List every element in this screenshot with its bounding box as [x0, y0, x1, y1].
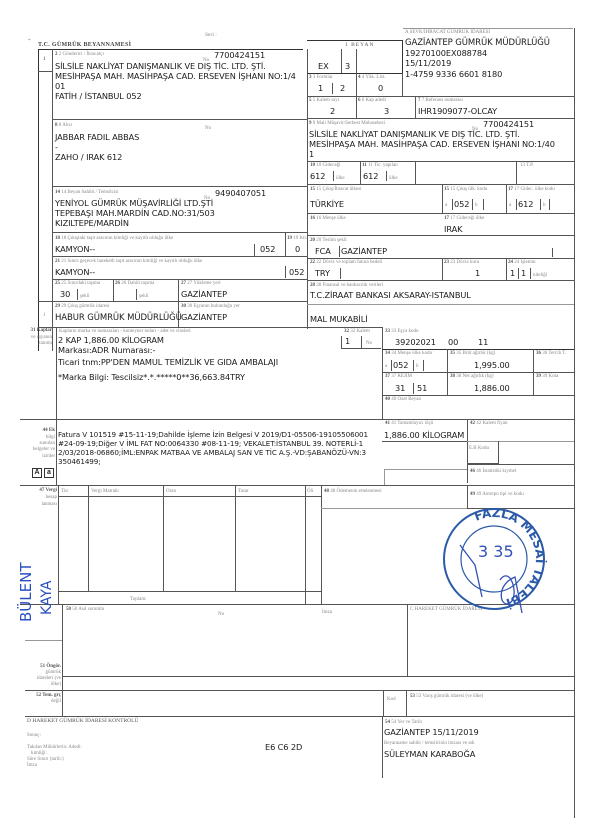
- box8-line1: JABBAR FADIL ABBAS: [55, 133, 139, 143]
- box20-label: 20 20 Teslim şekli: [310, 238, 347, 243]
- box46-label: 46 46 İstatistiki kıymet: [470, 469, 516, 474]
- box3-label: 3 3 Formlar: [309, 75, 333, 80]
- box27-label: 27 27 Yükleme yeri: [181, 281, 221, 286]
- tax-total-label: Toplam:: [130, 597, 147, 602]
- box33-v1: 39202021: [395, 338, 436, 348]
- box53-label: 53 53 Varış gümrük idaresi (ve ülke): [410, 694, 483, 699]
- box31-label: Kapların marka ve numaraları - konteyner…: [59, 329, 191, 334]
- box8-no-label: No: [205, 126, 211, 131]
- box14-label: 14 14 Beyan Sahibi / Temsilcisi: [55, 190, 119, 195]
- box18-label: 18 18 Çıkıştaki taşıt aracının kimliği v…: [55, 236, 173, 241]
- box1-label: 1 BEYAN: [345, 43, 374, 49]
- box51-label-4: ülke): [24, 682, 61, 687]
- box44-line4: 350461499;: [58, 458, 101, 467]
- box15-value: TÜRKİYE: [310, 200, 344, 210]
- box2-no: 7700424151: [214, 51, 265, 61]
- box9-label: 9 9 Mali Müşavir/Serbest Muhasebeci: [309, 121, 385, 126]
- form-title: T.C. GÜMRÜK BEYANNAMESİ: [38, 42, 131, 48]
- box18-code: 052: [260, 245, 275, 255]
- box34-b-label: b: [416, 364, 419, 369]
- box44-check-a-lower: a: [44, 468, 54, 478]
- box47-side-label-2: hesap: [18, 495, 57, 500]
- box52-kod-label: Kod: [387, 697, 396, 702]
- declaration-date: 15/11/2019: [405, 59, 451, 69]
- box34-label: 34 34 Menşe ülke kodu: [385, 351, 432, 356]
- box31-line2: Markası:ADR Numarası:-: [58, 346, 155, 356]
- box8-line3: ZAHO / IRAK 612: [55, 153, 122, 163]
- box50-no-label: No: [218, 612, 224, 617]
- section-d-line3: Süre Sınırı (tarih:): [27, 757, 64, 762]
- box21-value: KAMYON--: [55, 268, 95, 278]
- box24-a: 1: [510, 269, 515, 279]
- box25-suffix: şekli: [80, 294, 89, 299]
- box7-value: IHR1909077-OLCAY: [418, 107, 497, 117]
- box37-label: 37 37 REJİM: [385, 374, 412, 379]
- box6-value: 3: [384, 107, 389, 117]
- svg-text:BÜLENT: BÜLENT: [16, 562, 35, 622]
- box13-label: 13 T.P.: [520, 163, 534, 168]
- box21-code: 052: [289, 268, 304, 278]
- box15a-a: 052: [454, 200, 469, 210]
- box29-copy: 1: [43, 313, 46, 318]
- box39-label: 39 39 Kota: [536, 374, 558, 379]
- box7-label: 7 7 Referans numarası: [418, 98, 463, 103]
- svg-text:3 35: 3 35: [478, 542, 514, 561]
- box17a-a-label: a: [509, 203, 511, 208]
- svg-text:KAYA: KAYA: [39, 580, 55, 615]
- box26-label: 26 26 Dahili taşıma: [115, 281, 154, 286]
- box32-label: 32 32 Kalem: [344, 329, 370, 334]
- tax-col-rate: Oran: [166, 489, 176, 494]
- box22-label: 22 22 Döviz ve toplam fatura bedeli: [310, 260, 382, 265]
- box31-side-label-2: ve eşyanın: [22, 335, 52, 340]
- box17-label: 17 17 Gideceği ülke: [444, 216, 484, 221]
- box44-side-label-5: izinler: [18, 454, 55, 459]
- handwritten-name: BÜLENT KAYA: [15, 530, 65, 625]
- box23-label: 23 23 Döviz kuru: [444, 260, 479, 265]
- box38-value: 1,886.00: [474, 384, 510, 394]
- box20-v1: FCA: [315, 247, 331, 257]
- tax-col-os: ÖS: [307, 489, 313, 494]
- footer-code: E6 C6 2D: [265, 743, 302, 753]
- box15a-label: 15 15 Çıkış ülk. kodu: [444, 187, 487, 192]
- box14-no: 9490407051: [215, 189, 266, 199]
- box54-label: 54 54 Yer ve Tarih: [385, 720, 422, 725]
- box5-value: 2: [330, 107, 335, 117]
- box1-v1: EX: [318, 62, 329, 72]
- box28-line2: MAL MUKABİLİ: [310, 315, 368, 325]
- overtime-request-stamp: FAZLA MESAİ TALEBİ 3 35: [440, 505, 548, 613]
- box5-label: 5 5 Kalem sayı: [309, 98, 339, 103]
- box21-label: 21 21 Sınırı geçecek hareketli taşıt ara…: [55, 259, 202, 264]
- box19-label: 19 19 Ktr.: [287, 236, 307, 241]
- box35-label: 35 35 Brüt ağırlık (kg): [450, 351, 495, 356]
- box48-label: 48 48 Ödemenin ertelenmesi: [324, 489, 382, 494]
- box30-value: GAZİANTEP: [181, 313, 227, 323]
- box25-value: 30: [60, 290, 70, 300]
- box22-value: TRY: [315, 269, 330, 279]
- box14-line3: KIZILTEPE/MARDİN: [55, 219, 129, 229]
- seri-label: Seri :: [205, 33, 217, 39]
- box15-label: 15 15 Çıkış/İhracat ülkesi: [310, 187, 362, 192]
- box4-label: 4 4 Yük. List.: [358, 75, 385, 80]
- box25-label: 25 25 Sınırdaki taşıma: [55, 281, 100, 286]
- box44-side-label-1: 44 Ek: [18, 428, 55, 433]
- box3-b: 2: [340, 84, 345, 94]
- box37-a: 31: [395, 384, 405, 394]
- box41-value: 1,886.00 KİLOGRAM: [384, 431, 464, 441]
- box50-label: 50 50 Asıl sorumlu: [66, 607, 104, 612]
- box6-label: 6 6 Kap adedi: [358, 98, 386, 103]
- box51-label-3: idareleri (ve: [24, 676, 61, 681]
- box2-line4: FATİH / İSTANBUL 052: [55, 92, 142, 102]
- section-d-line2: kimliği:: [31, 751, 47, 756]
- box26-suffix: şekli: [139, 294, 148, 299]
- box31-line4: *Marka Bilgi: Tescilsiz*.*.*****0**36,66…: [58, 373, 245, 383]
- box2-label: 2 2 Gönderici / İhracatçı: [55, 52, 104, 57]
- box31-side-label-1: 31 Kaplar: [22, 328, 52, 333]
- box37-b: 51: [417, 384, 427, 394]
- box52-label-1: 52 Tem. grç: [24, 693, 61, 698]
- section-d-sonuc: Sonuç:: [27, 733, 41, 738]
- declaration-ref: 1-4759 9336 6601 8180: [405, 70, 502, 80]
- box29-value: HABUR GÜMRÜK MÜDÜRLÜĞÜ: [55, 313, 182, 323]
- box44-check-a-upper: A: [32, 468, 42, 478]
- box9-line2: MESİHPAŞA MAH. MASİHPAŞA CAD. ERSEVEN İŞ…: [309, 140, 555, 150]
- box30-label: 30 30 Eşyanın bulunduğu yer: [181, 304, 240, 309]
- box52-label-2: değil: [24, 699, 61, 704]
- box49-label: 49 49 Antrepo tipi ve kodu: [470, 492, 524, 497]
- box16-label: 16 16 Menşe ülke: [310, 216, 346, 221]
- box17a-a: 612: [518, 200, 533, 210]
- box9-line3: 1: [309, 150, 314, 160]
- box1-v2: 3: [345, 62, 350, 72]
- box11-value: 612: [363, 172, 378, 182]
- tax-col-amount: Tutar: [238, 489, 249, 494]
- margin-mark: *: [28, 39, 31, 44]
- box24-label: 24 24 İşlemin: [508, 260, 536, 265]
- box35-value: 1,995.00: [474, 361, 510, 371]
- box19-value: 0: [295, 245, 300, 255]
- box47-side-label-3: lanması: [18, 502, 57, 507]
- tax-col-type: Tür: [61, 489, 68, 494]
- box15a-a-label: a: [445, 203, 447, 208]
- section-a-label: A SEVK/İHRACAT GÜMRÜK İDARESİ: [405, 30, 490, 35]
- box18-value: KAMYON--: [55, 245, 95, 255]
- box38-label: 38 38 Net ağırlık (kg): [450, 374, 494, 379]
- box44-side-label-4: belgeler ve: [18, 447, 55, 452]
- box41-label: 41 41 Tamamlayıcı ölçü: [385, 421, 433, 426]
- box28-label: 28 28 Finansal ve bankacılık verileri: [310, 283, 383, 288]
- box27-value: GAZİANTEP: [181, 290, 227, 300]
- box8-label: 8 8 Alıcı: [55, 123, 72, 128]
- section-d-line1: Takılan Mühürlerin: Adedi:: [27, 745, 82, 750]
- box31-line3: Ticari tnm:PP'DEN MAMUL TEMİZLİK VE GIDA…: [58, 358, 278, 368]
- box-eb-label: E.B Kodu: [469, 446, 489, 451]
- box44-side-label-3: sunulan: [18, 441, 55, 446]
- box15a-b-label: b: [475, 203, 478, 208]
- tax-col-base: Vergi Matrahı: [91, 489, 119, 494]
- box54-sign-label: Beyanname sahibi / temsilcinin imzası ve…: [384, 741, 475, 746]
- box10-suffix: ülke: [336, 176, 345, 181]
- box23-value: 1: [475, 269, 480, 279]
- box34-a-label: a: [385, 364, 387, 369]
- box4-value: 0: [378, 84, 383, 94]
- box31-side-label-3: tanımı: [22, 341, 52, 346]
- box10-value: 612: [310, 172, 325, 182]
- box34-a: 052: [393, 361, 408, 371]
- box17a-b-label: b: [543, 203, 546, 208]
- box20-v2: GAZİANTEP: [341, 247, 387, 257]
- box11-label: 11 11 Tic. yapılan: [362, 163, 398, 168]
- box44-side-label-2: bilgi: [18, 435, 55, 440]
- box24-suffix: niteliği: [533, 273, 547, 278]
- box32-no-label: No: [366, 341, 372, 346]
- box44-line3: 2/03/2018-06860;İML:ENPAK MATBAA VE AMBA…: [58, 449, 366, 458]
- section-d-label: D HAREKET GÜMRÜK İDARESİ KONTROLÜ: [27, 719, 138, 725]
- box51-label-1: 51 Öngör.: [24, 664, 61, 669]
- box11-suffix: ülke: [389, 176, 398, 181]
- box17a-label: 17 17 Gidec. ülke kodu: [508, 187, 555, 192]
- box33-v2: 00: [448, 338, 458, 348]
- box42-label: 42 42 Kalem fiyatı: [470, 421, 508, 426]
- box51-label-2: gümrük: [24, 670, 61, 675]
- box36-label: 36 36 Tercih T.: [536, 351, 566, 356]
- copy-number: 1: [43, 57, 46, 63]
- office-name: GAZİANTEP GÜMRÜK MÜDÜRLÜĞÜ: [405, 38, 550, 48]
- box33-label: 33 33 Eşya kodu: [385, 329, 418, 334]
- box28-line1: T.C.ZİRAAT BANKASI AKSARAY-ISTANBUL: [310, 291, 471, 301]
- box54-name: SÜLEYMAN KARABOĞA: [384, 750, 475, 760]
- box50-sign-label: İmza: [322, 610, 332, 615]
- box47-side-label-1: 47 Vergi: [18, 488, 57, 493]
- box33-v3: 11: [478, 338, 488, 348]
- box10-label: 10 10 Gideceği: [310, 163, 341, 168]
- box2-line2: MESİHPAŞA MAH. MASİHPAŞA CAD. ERSEVEN İŞ…: [55, 72, 296, 82]
- box3-a: 1: [318, 84, 323, 94]
- box29-label: 29 29 Çıkış gümrük idaresi: [55, 304, 109, 309]
- box32-value: 1: [345, 337, 350, 347]
- box54-value: GAZİANTEP 15/11/2019: [384, 728, 479, 738]
- section-d-line4: İmza: [27, 763, 37, 768]
- box40-label: 40 40 Özet Beyan: [385, 397, 421, 402]
- box17-value: IRAK: [444, 225, 462, 235]
- box24-b: 1: [521, 269, 526, 279]
